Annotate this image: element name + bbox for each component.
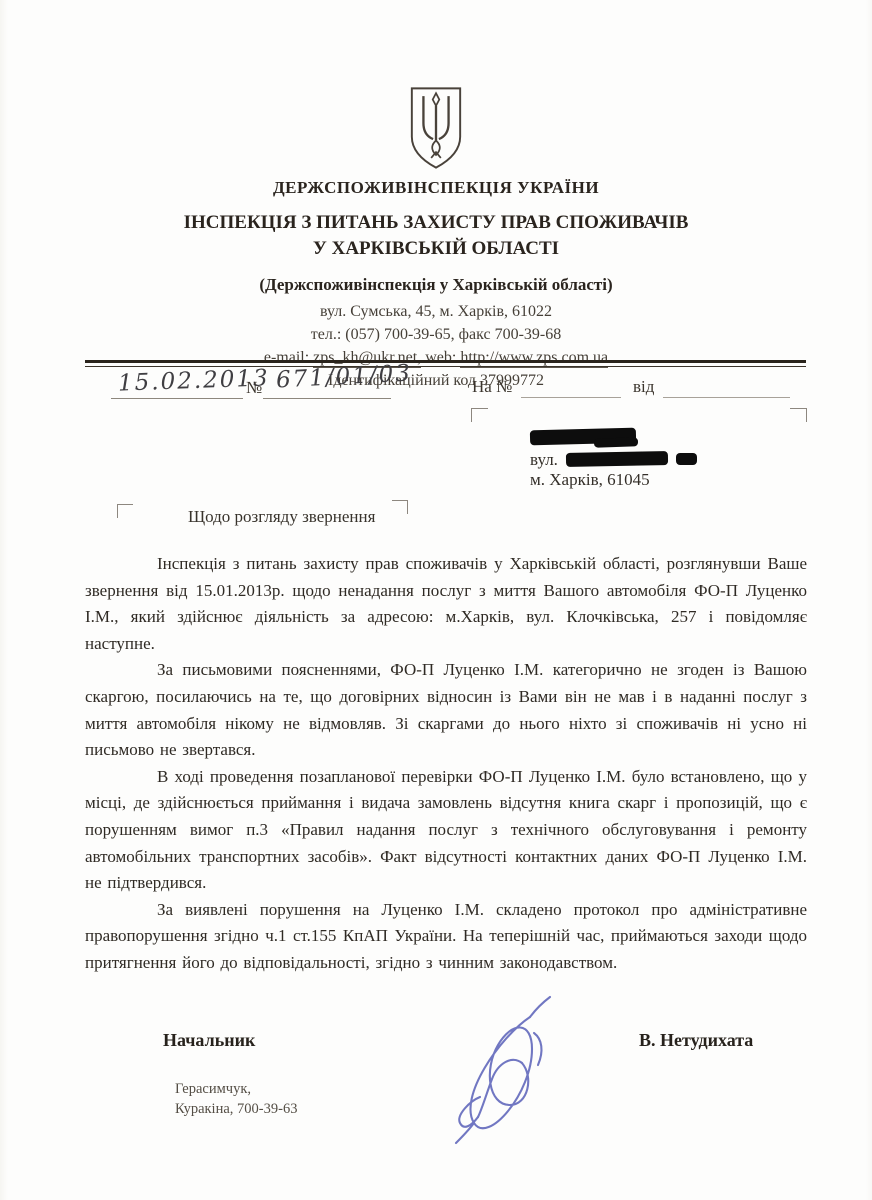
letterhead: ДЕРЖСПОЖИВІНСПЕКЦІЯ УКРАЇНИ ІНСПЕКЦІЯ З … xyxy=(0,86,872,390)
scanned-letter-page: ДЕРЖСПОЖИВІНСПЕКЦІЯ УКРАЇНИ ІНСПЕКЦІЯ З … xyxy=(0,0,872,1200)
from-blank-line xyxy=(663,397,790,398)
from-label: від xyxy=(633,377,654,397)
body-paragraph: За письмовими поясненнями, ФО-П Луценко … xyxy=(85,657,807,763)
signature-scribble-icon xyxy=(438,993,570,1145)
letterhead-divider xyxy=(85,360,806,367)
on-number-blank-line xyxy=(521,397,621,398)
subject-line: Щодо розгляду звернення xyxy=(188,507,375,527)
signer-name: В. Нетудихата xyxy=(639,1030,753,1051)
number-sign-label: № xyxy=(246,378,262,398)
recipient-street-prefix: вул. xyxy=(530,450,558,470)
inspection-title-line1: ІНСПЕКЦІЯ З ПИТАНЬ ЗАХИСТУ ПРАВ СПОЖИВАЧ… xyxy=(0,210,872,236)
redacted-street-name xyxy=(566,451,668,467)
letter-body: Інспекція з питань захисту прав споживач… xyxy=(85,551,807,977)
recipient-city: м. Харків, 61045 xyxy=(530,470,650,490)
body-paragraph: В ході проведення позапланової перевірки… xyxy=(85,764,807,897)
date-underline xyxy=(111,398,243,399)
inspection-title-line2: У ХАРКІВСЬКІЙ ОБЛАСТІ xyxy=(0,236,872,262)
redacted-house-number xyxy=(676,453,697,465)
signer-position: Начальник xyxy=(163,1030,255,1051)
on-number-label: На № xyxy=(472,377,512,397)
org-name: ДЕРЖСПОЖИВІНСПЕКЦІЯ УКРАЇНИ xyxy=(0,178,872,198)
number-underline xyxy=(263,398,391,399)
redacted-recipient-name-overstroke xyxy=(594,437,638,448)
executor-info: Герасимчук, Куракіна, 700-39-63 xyxy=(175,1079,297,1119)
subject-corner-right-icon xyxy=(392,500,408,514)
body-paragraph: Інспекція з питань захисту прав споживач… xyxy=(85,551,807,657)
org-address: вул. Сумська, 45, м. Харків, 61022 xyxy=(0,302,872,321)
executor-line1: Герасимчук, xyxy=(175,1079,297,1099)
org-alt-name: (Держспоживінспекція у Харківській облас… xyxy=(0,275,872,295)
tryzub-emblem-icon xyxy=(407,86,465,170)
executor-line2: Куракіна, 700-39-63 xyxy=(175,1099,297,1119)
recipient-corner-right-icon xyxy=(790,408,807,422)
recipient-corner-left-icon xyxy=(471,408,488,422)
subject-corner-left-icon xyxy=(117,504,133,518)
body-paragraph: За виявлені порушення на Луценко І.М. ск… xyxy=(85,897,807,977)
org-phone: тел.: (057) 700-39-65, факс 700-39-68 xyxy=(0,325,872,344)
